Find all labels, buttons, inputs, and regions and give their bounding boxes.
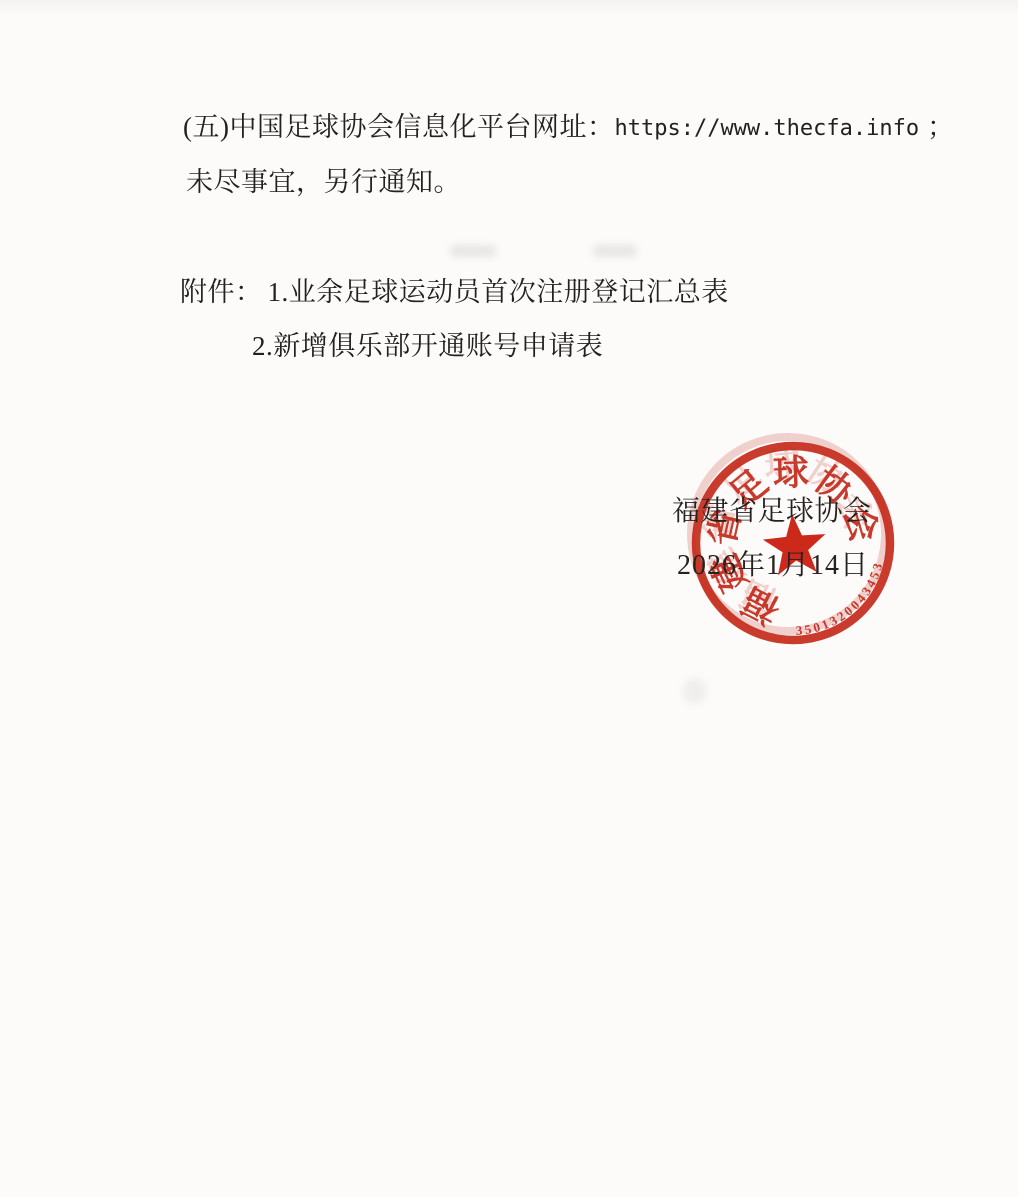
paragraph-line-2: 未尽事宜，另行通知。: [186, 167, 461, 198]
attachment-item-1: 1.业余足球运动员首次注册登记汇总表: [268, 277, 729, 307]
scan-smudge: [450, 245, 496, 257]
attachments-label: 附件：: [180, 277, 263, 307]
svg-text:球: 球: [772, 453, 809, 494]
attachment-item-2: 2.新增俱乐部开通账号申请表: [252, 331, 603, 362]
attachments-line-1: 附件：1.业余足球运动员首次注册登记汇总表: [180, 277, 729, 308]
paragraph-line-1: (五)中国足球协会信息化平台网址：https://www.thecfa.info…: [183, 112, 955, 143]
svg-text:3: 3: [795, 623, 803, 638]
document-page: (五)中国足球协会信息化平台网址：https://www.thecfa.info…: [0, 0, 1018, 1197]
paragraph-line-1-text: (五)中国足球协会信息化平台网址：: [183, 112, 614, 142]
paragraph-line-1-suffix: ；: [927, 112, 955, 142]
platform-url-text: https://www.thecfa.info: [614, 116, 919, 141]
signature-org: 福建省足球协会: [672, 497, 872, 528]
signature-date: 2026年1月14日: [677, 551, 869, 582]
scan-smudge: [683, 678, 707, 704]
scan-smudge: [593, 245, 637, 257]
official-seal: 福建省足球协会 福建省足球协会 3501320043453: [678, 428, 908, 658]
